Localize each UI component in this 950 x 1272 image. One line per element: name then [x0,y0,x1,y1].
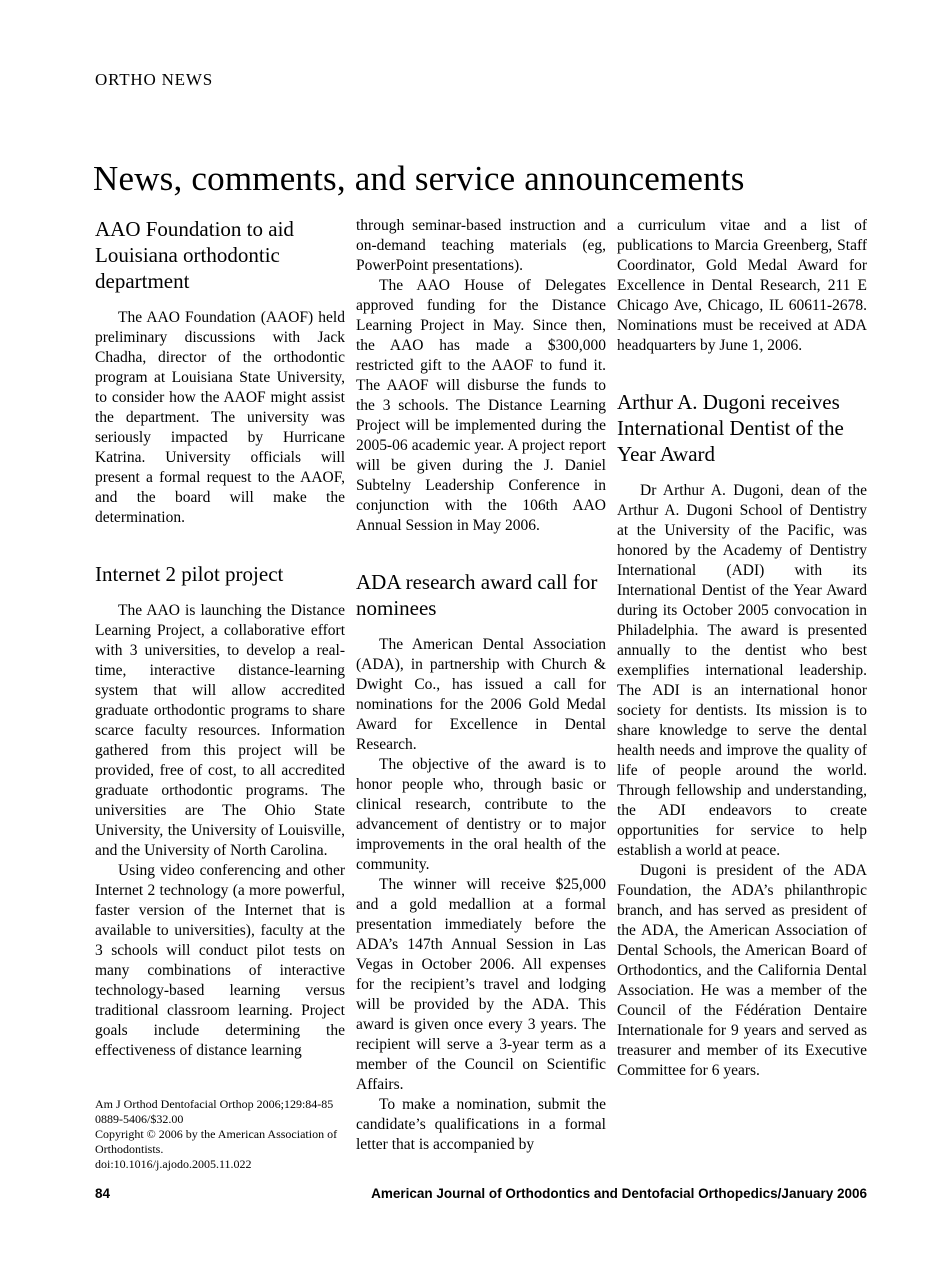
journal-page: ORTHO NEWS News, comments, and service a… [0,0,950,1272]
section-heading: AAO Foundation to aid Louisiana orthodon… [95,216,345,294]
citation-line: Copyright © 2006 by the American Associa… [95,1127,345,1157]
page-title: News, comments, and service announcement… [93,159,745,199]
body-paragraph: To make a nomination, submit the candida… [356,1095,606,1155]
section-heading: Internet 2 pilot project [95,561,345,587]
citation-block: Am J Orthod Dentofacial Orthop 2006;129:… [95,1097,345,1172]
section-kicker: ORTHO NEWS [95,70,213,90]
body-paragraph: The objective of the award is to honor p… [356,755,606,875]
journal-footer-line: American Journal of Orthodontics and Den… [371,1186,867,1201]
body-paragraph: The winner will receive $25,000 and a go… [356,875,606,1095]
text-column: through seminar-based instruction and on… [356,216,606,1172]
citation-line: Am J Orthod Dentofacial Orthop 2006;129:… [95,1097,345,1112]
body-paragraph: Dr Arthur A. Dugoni, dean of the Arthur … [617,481,867,861]
body-paragraph: The American Dental Association (ADA), i… [356,635,606,755]
citation-line: doi:10.1016/j.ajodo.2005.11.022 [95,1157,345,1172]
body-paragraph: Using video conferencing and other Inter… [95,861,345,1061]
body-paragraph: The AAO is launching the Distance Learni… [95,601,345,861]
page-number: 84 [95,1186,110,1201]
citation-line: 0889-5406/$32.00 [95,1112,345,1127]
body-paragraph: through seminar-based instruction and on… [356,216,606,276]
text-column: AAO Foundation to aid Louisiana orthodon… [95,216,345,1172]
body-paragraph: a curriculum vitae and a list of publica… [617,216,867,356]
body-paragraph: Dugoni is president of the ADA Foundatio… [617,861,867,1081]
body-paragraph: The AAO House of Delegates approved fund… [356,276,606,536]
section-heading: Arthur A. Dugoni receives International … [617,389,867,467]
page-footer: 84 American Journal of Orthodontics and … [95,1186,867,1201]
section-heading: ADA research award call for nominees [356,569,606,621]
body-paragraph: The AAO Foundation (AAOF) held prelimina… [95,308,345,528]
columns: AAO Foundation to aid Louisiana orthodon… [95,216,867,1172]
text-column: a curriculum vitae and a list of publica… [617,216,867,1172]
